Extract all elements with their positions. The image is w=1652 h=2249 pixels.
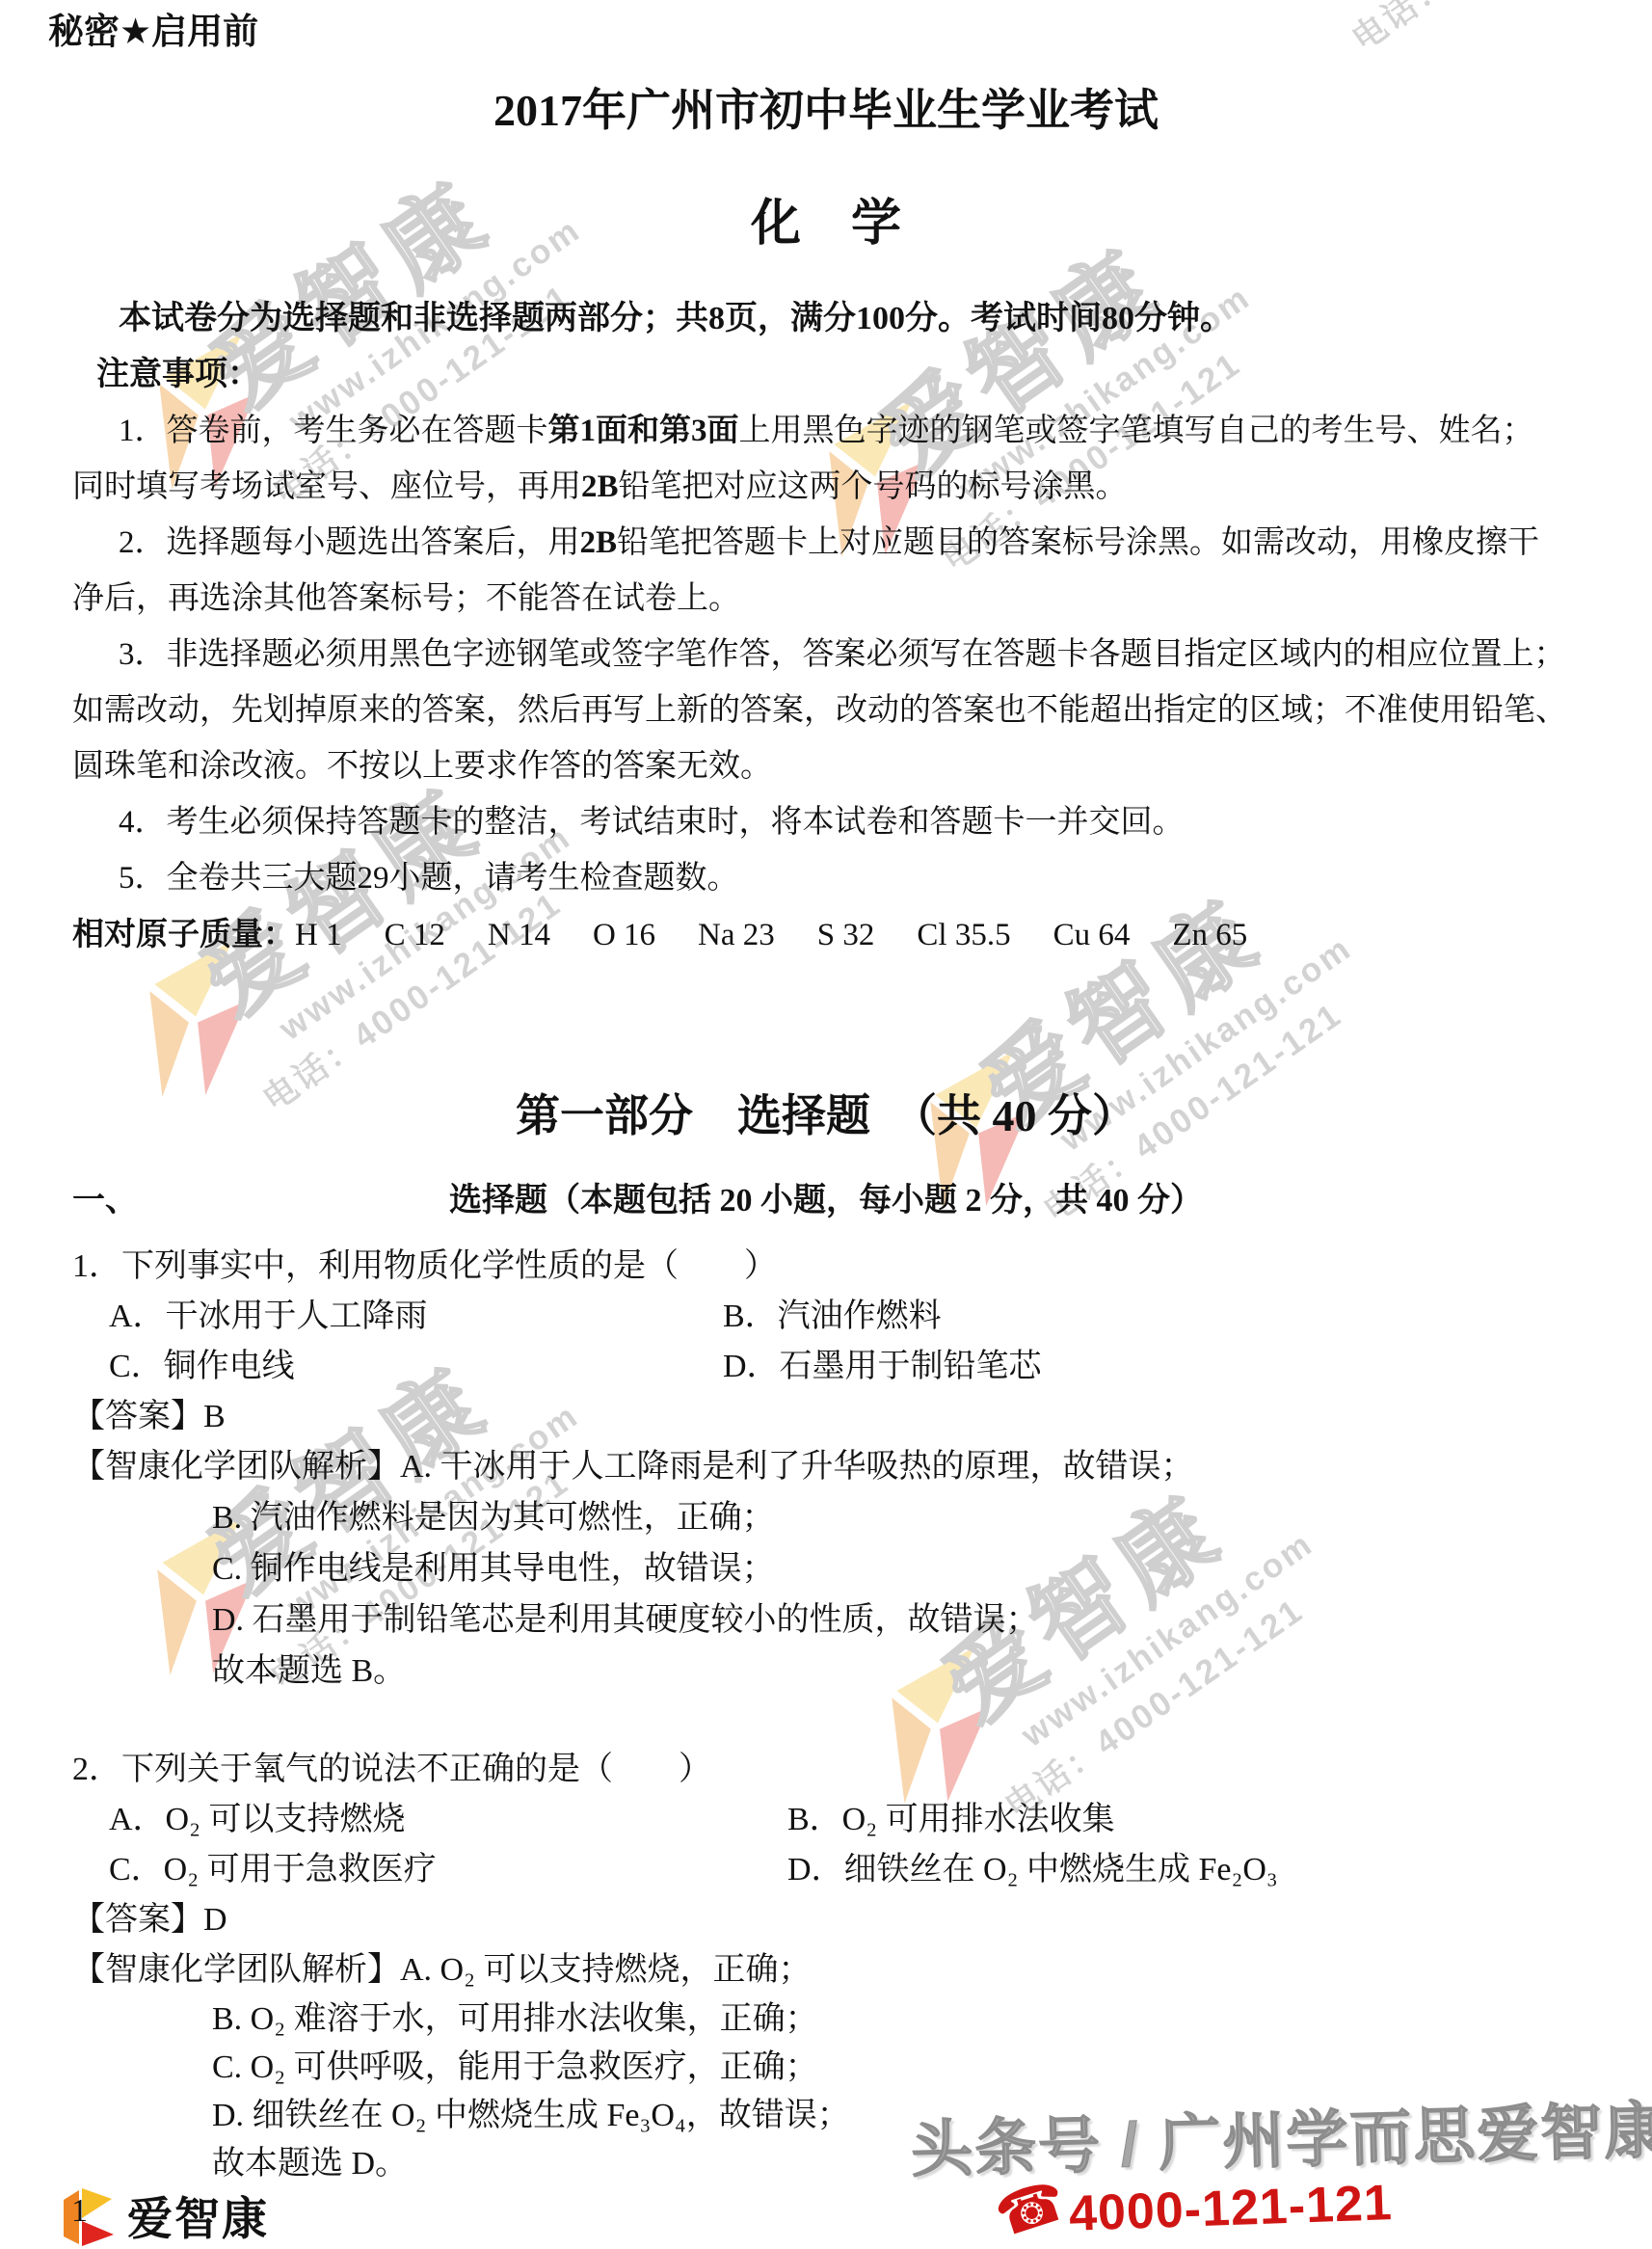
notice-text: 净后，再选涂其他答案标号；不能答在试卷上。 xyxy=(72,581,740,616)
notice-line: 如需改动，先划掉原来的答案，然后再写上新的答案，改动的答案也不能超出指定的区域；… xyxy=(72,683,1580,738)
phone-icon: ☎ xyxy=(989,2171,1073,2245)
question-1-options-row: A．干冰用于人工降雨 B．汽油作燃料 xyxy=(72,1292,1580,1342)
q1-option-b: B．汽油作燃料 xyxy=(723,1292,942,1342)
q1-analysis-line: C. 铜作电线是利用其导电性，故错误； xyxy=(72,1543,1580,1594)
footer-logo-text: 爱智康 xyxy=(127,2194,269,2244)
question-1-text: 1．下列事实中，利用物质化学性质的是（ ） xyxy=(72,1242,1580,1292)
atomic-mass-item: O 16 xyxy=(593,906,655,964)
notice-text: 4．考生必须保持答题卡的整洁，考试结束时，将本试卷和答题卡一并交回。 xyxy=(119,805,1185,840)
question-2-options-row: A．O₂ 可以支持燃烧 B．O₂ 可用排水法收集 xyxy=(72,1795,1580,1845)
subject-title: 化 学 xyxy=(72,193,1580,256)
notice-line: 3．非选择题必须用黑色字迹钢笔或签字笔作答，答案必须写在答题卡各题目指定区域内的… xyxy=(72,627,1580,683)
atomic-mass-item: S 32 xyxy=(817,906,875,964)
notice-line: 1．答卷前，考生务必在答题卡第1面和第3面上用黑色字迹的钢笔或签字笔填写自己的考… xyxy=(72,403,1580,459)
atomic-mass-item: Zn 65 xyxy=(1172,906,1247,964)
q1-analysis-line: D. 石墨用于制铅笔芯是利用其硬度较小的性质，故错误； xyxy=(72,1594,1580,1646)
atomic-mass-item: N 14 xyxy=(488,906,550,964)
notice-line: 4．考生必须保持答题卡的整洁，考试结束时，将本试卷和答题卡一并交回。 xyxy=(72,794,1580,850)
notice-line: 净后，再选涂其他答案标号；不能答在试卷上。 xyxy=(72,571,1580,627)
atomic-mass-item: Cu 64 xyxy=(1053,906,1131,964)
notice-text: 铅笔把答题卡上对应题目的答案标号涂黑。如需改动，用橡皮擦干 xyxy=(617,525,1539,560)
q1-option-c: C．铜作电线 xyxy=(109,1342,723,1392)
notice-text: 上用黑色字迹的钢笔或签字笔填写自己的考生号、姓名； xyxy=(739,414,1534,448)
notice-text: 3．非选择题必须用黑色字迹钢笔或签字笔作答，答案必须写在答题卡各题目指定区域内的… xyxy=(119,637,1566,672)
page-title: 2017年广州市初中毕业生学业考试 xyxy=(72,81,1580,141)
part1-heading: 第一部分 选择题 （共 40 分） xyxy=(72,1085,1580,1147)
q2-analysis-line: C. O₂ 可供呼吸，能用于急救医疗，正确； xyxy=(72,2044,1580,2092)
notice-line: 5．全卷共三大题29小题，请考生检查题数。 xyxy=(72,850,1580,906)
q1-analysis-line: 故本题选 B。 xyxy=(72,1646,1580,1697)
footer-brand: 1 爱智康 xyxy=(64,2181,269,2246)
footer-headline-text: 头条号 / 广州学而思爱智康 xyxy=(910,2100,1652,2182)
q2-analysis-line: B. O₂ 难溶于水，可用排水法收集，正确； xyxy=(72,1995,1580,2044)
exam-paper-page: 爱智康 www.izhikang.com 电话：4000-121-121 爱智康… xyxy=(0,0,1652,2249)
exam-intro: 本试卷分为选择题和非选择题两部分；共8页，满分100分。考试时间80分钟。 xyxy=(72,291,1580,347)
document-content: 秘密★启用前 2017年广州市初中毕业生学业考试 化 学 本试卷分为选择题和非选… xyxy=(0,0,1652,2188)
q2-option-b: B．O₂ 可用排水法收集 xyxy=(787,1795,1115,1845)
section-heading: 选择题（本题包括 20 小题，每小题 2 分，共 40 分） xyxy=(72,1176,1580,1226)
question-2-text: 2．下列关于氧气的说法不正确的是（ ） xyxy=(72,1745,1580,1795)
q2-option-c: C．O₂ 可用于急救医疗 xyxy=(109,1845,787,1895)
q2-answer: 【答案】D xyxy=(72,1895,1580,1945)
notice-text: 同时填写考场试室号、座位号，再用 xyxy=(72,469,581,504)
section-number: 一、 xyxy=(72,1176,138,1226)
atomic-mass-item: H 1 xyxy=(295,906,342,964)
notice-text: 圆珠笔和涂改液。不按以上要求作答的答案无效。 xyxy=(72,749,772,784)
atomic-mass-item: Na 23 xyxy=(698,906,775,964)
section-row: 一、 选择题（本题包括 20 小题，每小题 2 分，共 40 分） xyxy=(72,1176,1580,1226)
notice-title: 注意事项： xyxy=(72,347,1580,403)
notice-text-bold: 第1面和第3面 xyxy=(548,414,739,448)
footer-page-number: 1 xyxy=(71,2192,88,2231)
footer-phone-number: 4000-121-121 xyxy=(1068,2178,1393,2239)
q1-analysis-line: B. 汽油作燃料是因为其可燃性，正确； xyxy=(72,1492,1580,1543)
notice-text-bold: 2B xyxy=(580,525,618,560)
q1-analysis-head: 【智康化学团队解析】A. 干冰用于人工降雨是利了升华吸热的原理，故错误； xyxy=(72,1442,1580,1492)
footer-headline-watermark: 头条号 / 广州学而思爱智康 ☎ 4000-121-121 xyxy=(911,2109,1652,2171)
question-1-options-row: C．铜作电线 D．石墨用于制铅笔芯 xyxy=(72,1342,1580,1392)
q2-analysis-head: 【智康化学团队解析】A. O₂ 可以支持燃烧，正确； xyxy=(72,1945,1580,1995)
atomic-mass-item: C 12 xyxy=(385,906,445,964)
q2-option-d: D．细铁丝在 O₂ 中燃烧生成 Fe₂O₃ xyxy=(787,1845,1278,1895)
notice-line: 同时填写考场试室号、座位号，再用2B铅笔把对应这两个号码的标号涂黑。 xyxy=(72,459,1580,515)
notice-text: 2．选择题每小题选出答案后，用 xyxy=(119,525,580,560)
atomic-mass-row: 相对原子质量： H 1 C 12 N 14 O 16 Na 23 S 32 Cl… xyxy=(72,906,1580,964)
notice-line: 2．选择题每小题选出答案后，用2B铅笔把答题卡上对应题目的答案标号涂黑。如需改动… xyxy=(72,515,1580,571)
question-2-options-row: C．O₂ 可用于急救医疗 D．细铁丝在 O₂ 中燃烧生成 Fe₂O₃ xyxy=(72,1845,1580,1895)
q1-option-a: A．干冰用于人工降雨 xyxy=(109,1292,723,1342)
notice-text: 5．全卷共三大题29小题，请考生检查题数。 xyxy=(119,861,739,896)
q1-option-d: D．石墨用于制铅笔芯 xyxy=(723,1342,1042,1392)
notice-text-bold: 2B xyxy=(581,469,619,504)
notice-text: 铅笔把对应这两个号码的标号涂黑。 xyxy=(619,469,1128,504)
atomic-mass-item: Cl 35.5 xyxy=(917,906,1010,964)
notice-line: 圆珠笔和涂改液。不按以上要求作答的答案无效。 xyxy=(72,738,1580,794)
notice-text: 如需改动，先划掉原来的答案，然后再写上新的答案，改动的答案也不能超出指定的区域；… xyxy=(72,693,1567,728)
secret-label: 秘密★启用前 xyxy=(48,10,1580,54)
q1-answer: 【答案】B xyxy=(72,1392,1580,1442)
q2-option-a: A．O₂ 可以支持燃烧 xyxy=(109,1795,787,1845)
notice-text: 1．答卷前，考生务必在答题卡 xyxy=(119,414,548,448)
atomic-mass-label: 相对原子质量： xyxy=(72,906,295,964)
